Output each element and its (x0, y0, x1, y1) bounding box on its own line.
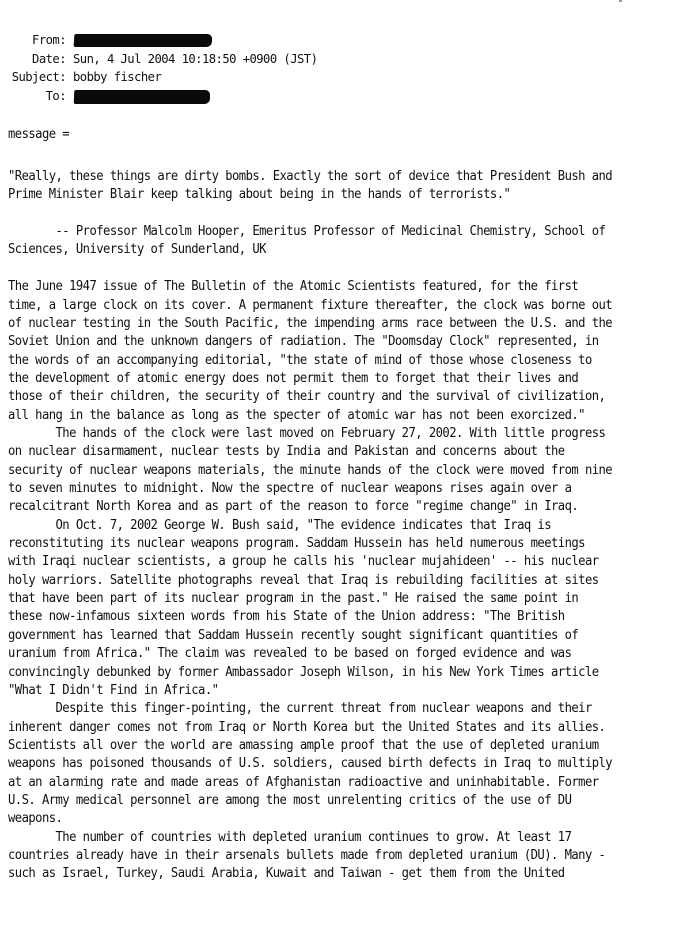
body-line: the words of an accompanying editorial, … (8, 350, 592, 369)
body-line: such as Israel, Turkey, Saudi Arabia, Ku… (8, 863, 565, 882)
body-line: government has learned that Saddam Husse… (8, 625, 578, 644)
message-label: message = (8, 124, 69, 143)
body-line: all hang in the balance as long as the s… (8, 405, 585, 424)
body-line: inherent danger comes not from Iraq or N… (8, 717, 605, 736)
body-line: -- Professor Malcolm Hooper, Emeritus Pr… (8, 221, 605, 240)
body-line: that have been part of its nuclear progr… (8, 588, 578, 607)
body-line: recalcitrant North Korea and as part of … (8, 496, 578, 515)
body-line: to seven minutes to midnight. Now the sp… (8, 478, 571, 497)
scan-mark (619, 0, 622, 2)
body-line: weapons has poisoned thousands of U.S. s… (8, 753, 612, 772)
body-line: reconstituting its nuclear weapons progr… (8, 533, 585, 552)
body-line: uranium from Africa." The claim was reve… (8, 643, 571, 662)
body-line: holy warriors. Satellite photographs rev… (8, 570, 599, 589)
body-line: those of their children, the security of… (8, 386, 605, 405)
from-redaction (74, 34, 213, 47)
to-redaction (74, 90, 210, 104)
body-line: Sciences, University of Sunderland, UK (8, 239, 266, 258)
body-line: The hands of the clock were last moved o… (8, 423, 605, 442)
body-line: convincingly debunked by former Ambassad… (8, 662, 599, 681)
body-line: Scientists all over the world are amassi… (8, 735, 599, 754)
body-line: countries already have in their arsenals… (8, 845, 605, 864)
from-label: From: (4, 31, 66, 49)
to-label: To: (4, 87, 66, 105)
date-label: Date: (4, 50, 66, 68)
body-line: with Iraqi nuclear scientists, a group h… (8, 551, 599, 570)
body-line: "Really, these things are dirty bombs. E… (8, 166, 612, 185)
body-line: "What I Didn't Find in Africa." (8, 680, 218, 699)
body-line: on nuclear disarmament, nuclear tests by… (8, 441, 565, 460)
body-line: these now-infamous sixteen words from hi… (8, 606, 565, 625)
body-line: The June 1947 issue of The Bulletin of t… (8, 276, 578, 295)
body-line: time, a large clock on its cover. A perm… (8, 295, 612, 314)
body-line: The number of countries with depleted ur… (8, 827, 571, 846)
body-line: the development of atomic energy does no… (8, 368, 578, 387)
body-line: Soviet Union and the unknown dangers of … (8, 331, 599, 350)
subject-value: bobby fischer (73, 68, 161, 86)
body-line: On Oct. 7, 2002 George W. Bush said, "Th… (8, 515, 551, 534)
body-line: at an alarming rate and made areas of Af… (8, 772, 599, 791)
body-line: Despite this finger-pointing, the curren… (8, 698, 592, 717)
body-line: weapons. (8, 808, 62, 827)
body-line: Prime Minister Blair keep talking about … (8, 184, 510, 203)
body-line: security of nuclear weapons materials, t… (8, 460, 612, 479)
date-value: Sun, 4 Jul 2004 10:18:50 +0900 (JST) (73, 50, 317, 68)
subject-label: Subject: (4, 68, 66, 86)
body-line: of nuclear testing in the South Pacific,… (8, 313, 612, 332)
body-line: U.S. Army medical personnel are among th… (8, 790, 571, 809)
